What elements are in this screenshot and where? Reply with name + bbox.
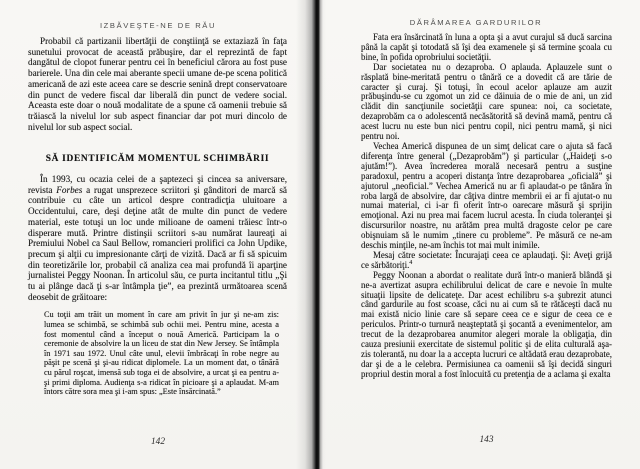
paragraph: Vechea Americă dispunea de un simţ delic… <box>361 142 612 251</box>
paragraph-text: a rugat unsprezece scriitori şi gânditor… <box>28 185 287 302</box>
running-header-right: DĂRÂMAREA GARDURILOR <box>346 18 606 27</box>
section-heading: SĂ IDENTIFICĂM MOMENTUL SCHIMBĂRII <box>28 154 287 165</box>
paragraph: În 1993, cu ocazia celei de a şaptezeci … <box>28 174 287 302</box>
magazine-title-italic: Forbes <box>56 185 82 195</box>
paragraph: Dar societatea nu o dezaproba. O aplauda… <box>361 63 612 142</box>
book-scan-spread: IZBĂVEŞTE-NE DE RĂU Probabil că partizan… <box>0 0 640 469</box>
left-page-text-block: Probabil că partizanii libertăţii de con… <box>28 36 287 397</box>
pull-quote: Cu toţii am trăit un moment în care am p… <box>44 310 279 396</box>
running-header-left: IZBĂVEŞTE-NE DE RĂU <box>28 21 288 30</box>
paragraph-text: Mesaj către societate: Încurajaţi ceea c… <box>361 250 612 270</box>
footnote-marker: 4 <box>409 260 412 266</box>
paragraph: Probabil că partizanii libertăţii de con… <box>28 36 287 132</box>
page-number-right: 143 <box>361 435 612 445</box>
right-page-text-block: Fata era însărcinată în luna a opta şi a… <box>361 33 612 380</box>
paragraph: Fata era însărcinată în luna a opta şi a… <box>361 33 612 63</box>
page-number-left: 142 <box>28 437 288 447</box>
book-gutter-shadow <box>296 0 326 469</box>
paragraph: Peggy Noonan a abordat o realitate dură … <box>361 271 612 380</box>
paragraph: Mesaj către societate: Încurajaţi ceea c… <box>361 251 612 271</box>
